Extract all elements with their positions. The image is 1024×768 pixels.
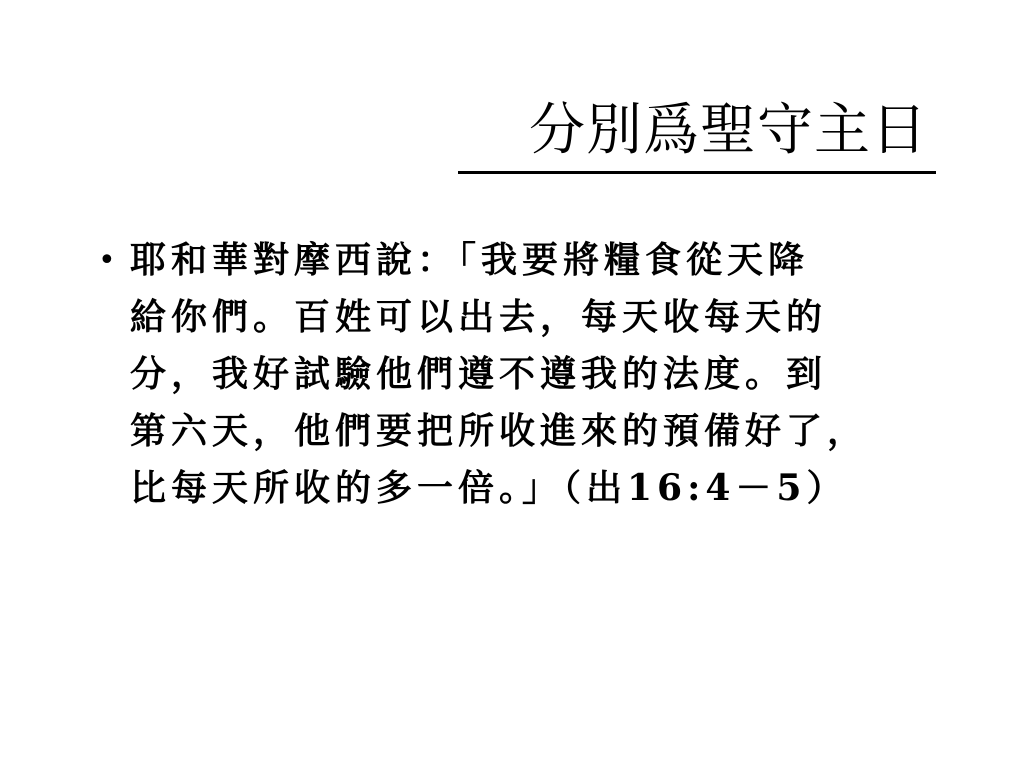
slide-body: • 耶和華對摩西說：「我要將糧食從天降 給你們。百姓可以出去，每天收每天的 分，… <box>96 232 956 517</box>
slide: 分別爲聖守主日 • 耶和華對摩西說：「我要將糧食從天降 給你們。百姓可以出去，每… <box>0 0 1024 768</box>
bullet-text-line: 比每天所收的多一倍。」（出16:4－5） <box>130 460 956 517</box>
bullet-text-line: 第六天，他們要把所收進來的預備好了， <box>130 403 956 460</box>
title-underline <box>458 171 936 174</box>
bullet-text-line: 給你們。百姓可以出去，每天收每天的 <box>130 289 956 346</box>
bullet-text-line: 分，我好試驗他們遵不遵我的法度。到 <box>130 346 956 403</box>
slide-title: 分別爲聖守主日 <box>529 92 928 170</box>
bullet-item: • 耶和華對摩西說：「我要將糧食從天降 給你們。百姓可以出去，每天收每天的 分，… <box>96 232 956 517</box>
bullet-text-line: 耶和華對摩西說：「我要將糧食從天降 <box>130 232 956 289</box>
bullet-dot-icon: • <box>98 232 116 289</box>
title-area: 分別爲聖守主日 <box>458 92 938 176</box>
